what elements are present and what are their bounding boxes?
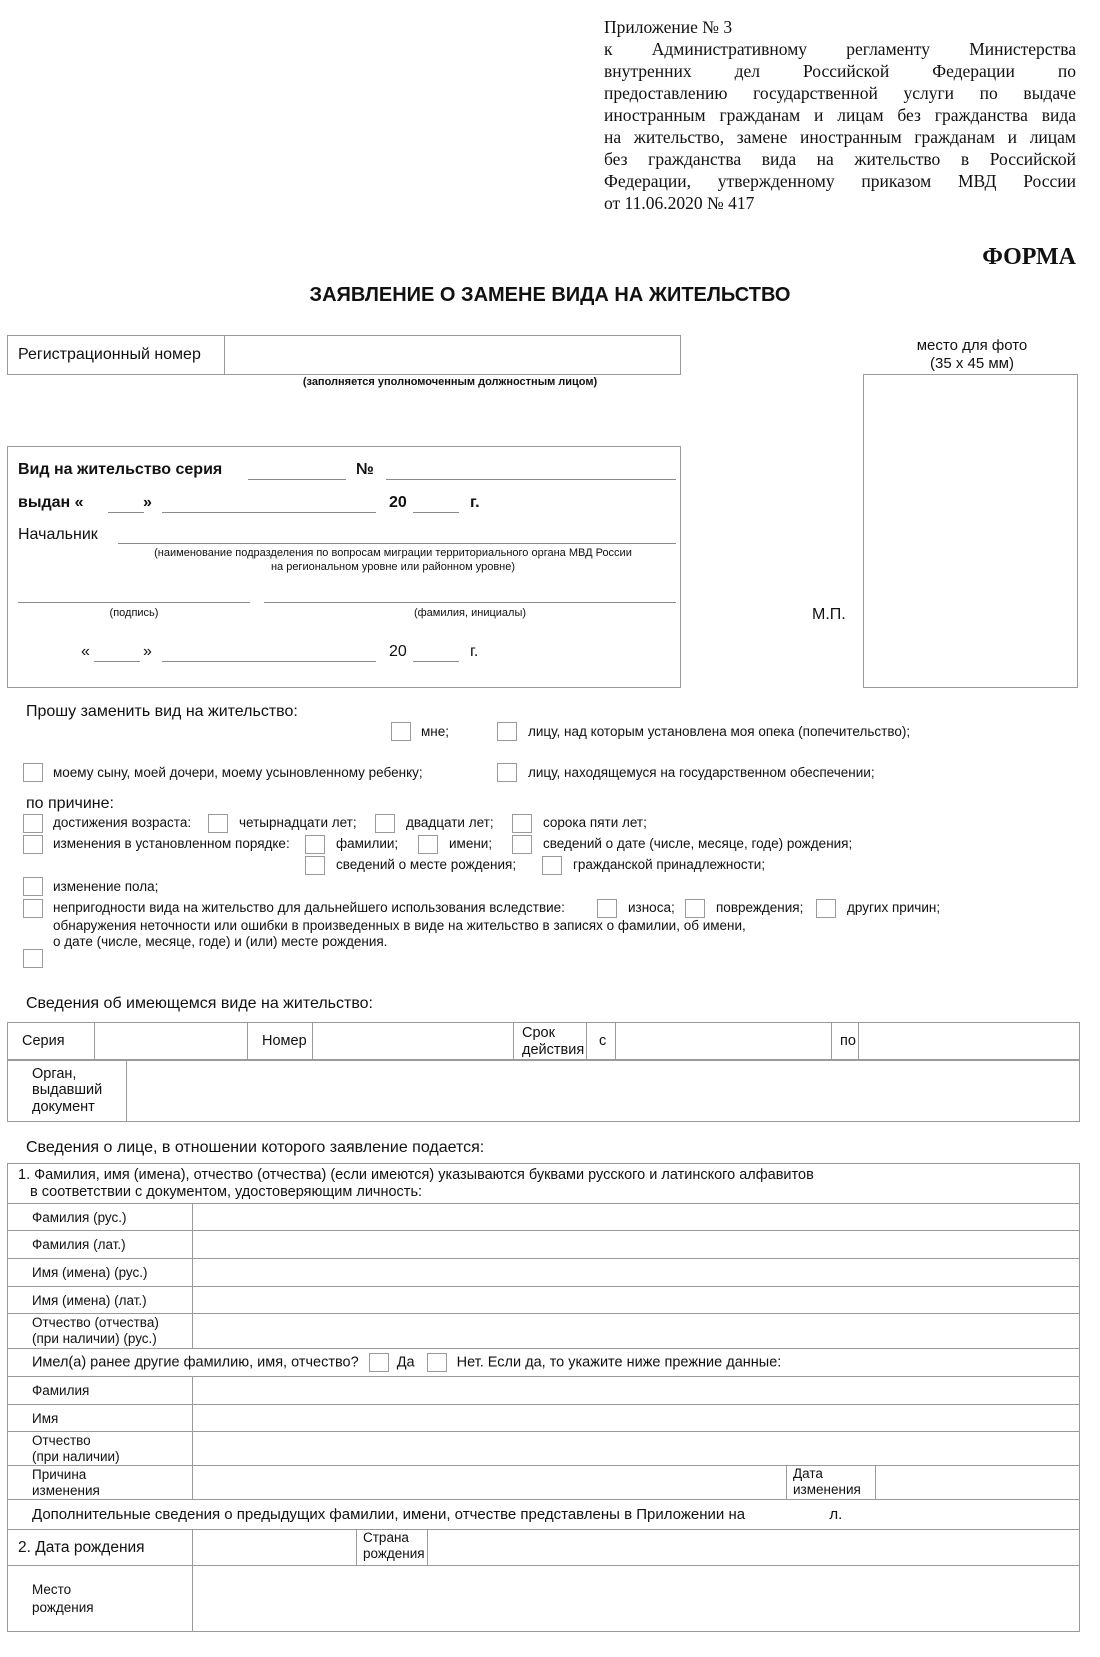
valid-from-input[interactable] — [616, 1032, 831, 1050]
photo-size: (35 х 45 мм) — [862, 355, 1082, 373]
registration-number-label: Регистрационный номер — [18, 346, 201, 364]
option-child-label: моему сыну, моей дочери, моему усыновлен… — [53, 765, 423, 780]
birth-country-input[interactable] — [429, 1530, 1079, 1565]
checkbox-yes[interactable] — [369, 1353, 389, 1372]
person-table: 1. Фамилия, имя (имена), отчество (отчес… — [7, 1163, 1080, 1632]
prev-surname-cell[interactable] — [193, 1377, 1080, 1405]
form-label: ФОРМА — [982, 244, 1076, 271]
number-input-cell[interactable] — [313, 1023, 514, 1061]
surname-lat-input[interactable] — [193, 1235, 1079, 1253]
series-label: Вид на жительство серия — [18, 461, 222, 479]
age-14-label: четырнадцати лет; — [239, 815, 357, 830]
issuer-input-cell[interactable] — [127, 1060, 1080, 1122]
patronymic-label: Отчество (отчества) — [32, 1315, 192, 1331]
year-prefix: 20 — [389, 494, 407, 512]
appendix-reference: Приложение № 3 к Административному регла… — [604, 16, 1076, 214]
additional-info-suffix: л. — [829, 1506, 842, 1523]
checkbox-no[interactable] — [427, 1353, 447, 1372]
chief-label: Начальник — [18, 526, 98, 544]
to-label-cell: по — [832, 1023, 859, 1061]
yes-label: Да — [397, 1354, 415, 1370]
reason-error-line: о дате (числе, месяце, годе) и (или) мес… — [53, 934, 746, 950]
photo-label-line: место для фото — [862, 337, 1082, 355]
divider — [224, 336, 225, 374]
patronymic-rus-cell[interactable] — [193, 1314, 1080, 1349]
change-name-label: имени; — [449, 836, 492, 851]
prev-patronymic-input[interactable] — [193, 1439, 1079, 1457]
birth-date-label: 2. Дата рождения — [8, 1530, 193, 1566]
checkbox-unfit-wear[interactable] — [597, 899, 617, 918]
previous-names-question: Имел(а) ранее другие фамилию, имя, отчес… — [32, 1354, 359, 1370]
date-year-line[interactable] — [413, 661, 459, 662]
validity-label: Срок — [522, 1025, 586, 1042]
appendix-line: предоставлению государственной услуги по… — [604, 82, 1076, 104]
patronymic-rus-label: Отчество (отчества) (при наличии) (рус.) — [8, 1314, 193, 1349]
age-45-label: сорока пяти лет; — [543, 815, 647, 830]
issued-month-line[interactable] — [162, 512, 376, 513]
full-name-line[interactable] — [264, 602, 676, 603]
checkbox-reason-unfit[interactable] — [23, 899, 43, 918]
appendix-line: от 11.06.2020 № 417 — [604, 192, 1076, 214]
number-label: № — [356, 461, 374, 479]
change-birthplace-label: сведений о месте рождения; — [336, 857, 516, 872]
series-input-cell[interactable] — [95, 1023, 248, 1061]
chief-note-line: (наименование подразделения по вопросам … — [108, 546, 678, 560]
reason-age-label: достижения возраста: — [53, 815, 191, 830]
option-state-care-label: лицу, находящемуся на государственном об… — [528, 765, 875, 780]
name-rus-cell[interactable] — [193, 1259, 1080, 1287]
reason-error-line: обнаружения неточности или ошибки в прои… — [53, 918, 746, 934]
additional-info-row: Дополнительные сведения о предыдущих фам… — [8, 1500, 1080, 1530]
checkbox-state-care[interactable] — [497, 763, 517, 782]
registration-note: (заполняется уполномоченным должностным … — [200, 376, 700, 388]
unfit-wear-label: износа; — [628, 900, 675, 915]
option-ward-label: лицу, над которым установлена моя опека … — [528, 724, 910, 739]
registration-number-input[interactable] — [226, 336, 678, 374]
reason-change-label: изменения в установленном порядке: — [53, 836, 290, 851]
appendix-line: к Административному регламенту Министерс… — [604, 38, 1076, 60]
age-20-label: двадцати лет; — [406, 815, 494, 830]
change-citizenship-label: гражданской принадлежности; — [573, 857, 765, 872]
date-day-line[interactable] — [94, 661, 140, 662]
name-lat-cell[interactable] — [193, 1287, 1080, 1314]
valid-to-input[interactable] — [859, 1032, 1079, 1050]
issuer-label: выдавший — [32, 1082, 126, 1099]
checkbox-reason-age[interactable] — [23, 814, 43, 833]
registration-number-box: Регистрационный номер — [7, 335, 681, 375]
prev-patronymic-cell[interactable] — [193, 1432, 1080, 1466]
change-reason-input-area[interactable] — [193, 1466, 786, 1499]
change-reason-text: Причина — [32, 1467, 192, 1483]
checkbox-change-surname[interactable] — [305, 835, 325, 854]
no-label: Нет. Если да, то укажите ниже прежние да… — [457, 1354, 782, 1370]
number-label-cell: Номер — [248, 1023, 313, 1061]
series-input[interactable] — [95, 1032, 247, 1050]
prev-name-input[interactable] — [193, 1409, 1079, 1427]
patronymic-rus-input[interactable] — [193, 1322, 1079, 1340]
issuer-table: Орган, выдавший документ — [7, 1059, 1080, 1122]
previous-names-question-row: Имел(а) ранее другие фамилию, имя, отчес… — [8, 1349, 1080, 1377]
reason-gender-label: изменение пола; — [53, 879, 158, 894]
reason-unfit-label: непригодности вида на жительство для дал… — [53, 900, 565, 915]
appendix-line: на жительство, замене иностранным гражда… — [604, 126, 1076, 148]
checkbox-reason-change[interactable] — [23, 835, 43, 854]
issuer-input[interactable] — [127, 1081, 1079, 1099]
reason-error-label: обнаружения неточности или ошибки в прои… — [53, 918, 746, 950]
birth-place-cell[interactable] — [193, 1566, 1080, 1632]
date-year-prefix: 20 — [389, 643, 407, 661]
birth-place-text: рождения — [32, 1599, 192, 1617]
quote-close: » — [143, 494, 152, 512]
name-rus-input[interactable] — [193, 1263, 1079, 1281]
checkbox-me[interactable] — [391, 722, 411, 741]
appendix-line: иностранным гражданам и лицам без гражда… — [604, 104, 1076, 126]
change-reason-text: изменения — [32, 1483, 192, 1499]
surname-lat-cell[interactable] — [193, 1231, 1080, 1259]
change-reason-label: Причина изменения — [8, 1466, 193, 1500]
surname-rus-label: Фамилия (рус.) — [8, 1204, 193, 1231]
existing-permit-table: Серия Номер Срок действия с по — [7, 1022, 1080, 1061]
date-year-suffix: г. — [470, 643, 478, 661]
from-label-cell: с — [587, 1023, 616, 1061]
appendix-line: Приложение № 3 — [604, 16, 1076, 38]
prev-surname-input[interactable] — [193, 1381, 1079, 1399]
prev-name-cell[interactable] — [193, 1405, 1080, 1432]
reason-heading: по причине: — [26, 795, 114, 813]
unfit-damage-label: повреждения; — [716, 900, 803, 915]
change-date-text: изменения — [793, 1482, 875, 1498]
prev-patronymic-label: Отчество (при наличии) — [8, 1432, 193, 1466]
name-lat-label: Имя (имена) (лат.) — [8, 1287, 193, 1314]
checkbox-age-20[interactable] — [375, 814, 395, 833]
signature-line[interactable] — [18, 602, 250, 603]
birth-country-text: Страна — [363, 1530, 427, 1546]
issuer-label: Орган, — [32, 1066, 126, 1083]
chief-note-line: на региональном уровне или районном уров… — [108, 560, 678, 574]
prev-surname-label: Фамилия — [8, 1377, 193, 1405]
chief-line[interactable] — [118, 543, 676, 544]
birth-country-text: рождения — [363, 1546, 427, 1562]
patronymic-label: (при наличии) (рус.) — [32, 1331, 192, 1347]
appendix-line: Федерации, утвержденному приказом МВД Ро… — [604, 170, 1076, 192]
change-birthdate-label: сведений о дате (числе, месяце, годе) ро… — [543, 836, 852, 851]
birth-date-cell[interactable]: Страна рождения — [193, 1530, 1080, 1566]
checkbox-change-name[interactable] — [418, 835, 438, 854]
checkbox-change-birthplace[interactable] — [305, 856, 325, 875]
official-use-block: Вид на жительство серия № выдан « » 20 г… — [7, 446, 681, 688]
signature-note: (подпись) — [18, 607, 250, 619]
issuer-label-cell: Орган, выдавший документ — [8, 1060, 127, 1122]
surname-rus-cell[interactable] — [193, 1204, 1080, 1231]
checkbox-reason-gender[interactable] — [23, 877, 43, 896]
item1-text: в соответствии с документом, удостоверяю… — [18, 1184, 1079, 1201]
checkbox-ward[interactable] — [497, 722, 517, 741]
existing-permit-heading: Сведения об имеющемся виде на жительство… — [26, 995, 373, 1013]
photo-placeholder[interactable] — [863, 374, 1078, 688]
request-heading: Прошу заменить вид на жительство: — [26, 703, 298, 721]
full-name-note: (фамилия, инициалы) — [264, 607, 676, 619]
validity-label: действия — [522, 1042, 586, 1059]
birth-place-label: Место рождения — [8, 1566, 193, 1632]
prev-patronymic-text: Отчество — [32, 1433, 192, 1449]
checkbox-reason-error[interactable] — [23, 949, 43, 968]
birth-place-input[interactable] — [193, 1589, 1079, 1607]
prev-name-label: Имя — [8, 1405, 193, 1432]
date-month-line[interactable] — [162, 661, 376, 662]
prev-patronymic-text: (при наличии) — [32, 1449, 192, 1465]
additional-info-text: Дополнительные сведения о предыдущих фам… — [32, 1506, 745, 1523]
issued-label: выдан « — [18, 494, 84, 512]
document-title: ЗАЯВЛЕНИЕ О ЗАМЕНЕ ВИДА НА ЖИТЕЛЬСТВО — [0, 284, 1100, 307]
change-reason-cell[interactable]: Дата изменения — [193, 1466, 1080, 1500]
series-line[interactable] — [248, 479, 346, 480]
validity-label-cell: Срок действия — [514, 1023, 587, 1061]
issuer-label: документ — [32, 1099, 126, 1116]
series-label-cell: Серия — [8, 1023, 95, 1061]
photo-label: место для фото (35 х 45 мм) — [862, 337, 1082, 373]
issued-year-line[interactable] — [413, 512, 459, 513]
birth-place-text: Место — [32, 1581, 192, 1599]
issued-day-line[interactable] — [108, 512, 144, 513]
surname-lat-label: Фамилия (лат.) — [8, 1231, 193, 1259]
person-heading: Сведения о лице, в отношении которого за… — [26, 1139, 484, 1157]
birth-country-label: Страна рождения — [356, 1530, 428, 1565]
date-close: » — [143, 643, 152, 661]
number-line[interactable] — [386, 479, 676, 480]
surname-rus-input[interactable] — [193, 1208, 1079, 1226]
checkbox-unfit-other[interactable] — [816, 899, 836, 918]
checkbox-age-14[interactable] — [208, 814, 228, 833]
change-date-text: Дата — [793, 1466, 875, 1482]
stamp-label: М.П. — [812, 606, 846, 624]
date-open: « — [81, 643, 90, 661]
checkbox-unfit-damage[interactable] — [685, 899, 705, 918]
birth-date-input[interactable] — [193, 1530, 356, 1565]
appendix-line: без гражданства вида на жительство в Рос… — [604, 148, 1076, 170]
from-input-cell[interactable] — [616, 1023, 832, 1061]
item1-text: 1. Фамилия, имя (имена), отчество (отчес… — [18, 1167, 1079, 1184]
option-me-label: мне; — [421, 724, 449, 739]
unfit-other-label: других причин; — [847, 900, 940, 915]
name-lat-input[interactable] — [193, 1291, 1079, 1309]
change-surname-label: фамилии; — [336, 836, 398, 851]
year-suffix: г. — [470, 494, 480, 512]
change-date-label: Дата изменения — [786, 1466, 876, 1499]
checkbox-change-citizenship[interactable] — [542, 856, 562, 875]
appendix-line: внутренних дел Российской Федерации по — [604, 60, 1076, 82]
checkbox-age-45[interactable] — [512, 814, 532, 833]
chief-note: (наименование подразделения по вопросам … — [108, 546, 678, 574]
checkbox-child[interactable] — [23, 763, 43, 782]
number-input[interactable] — [313, 1032, 513, 1050]
to-input-cell[interactable] — [859, 1023, 1080, 1061]
item1-header: 1. Фамилия, имя (имена), отчество (отчес… — [8, 1164, 1080, 1204]
checkbox-change-birthdate[interactable] — [512, 835, 532, 854]
name-rus-label: Имя (имена) (рус.) — [8, 1259, 193, 1287]
